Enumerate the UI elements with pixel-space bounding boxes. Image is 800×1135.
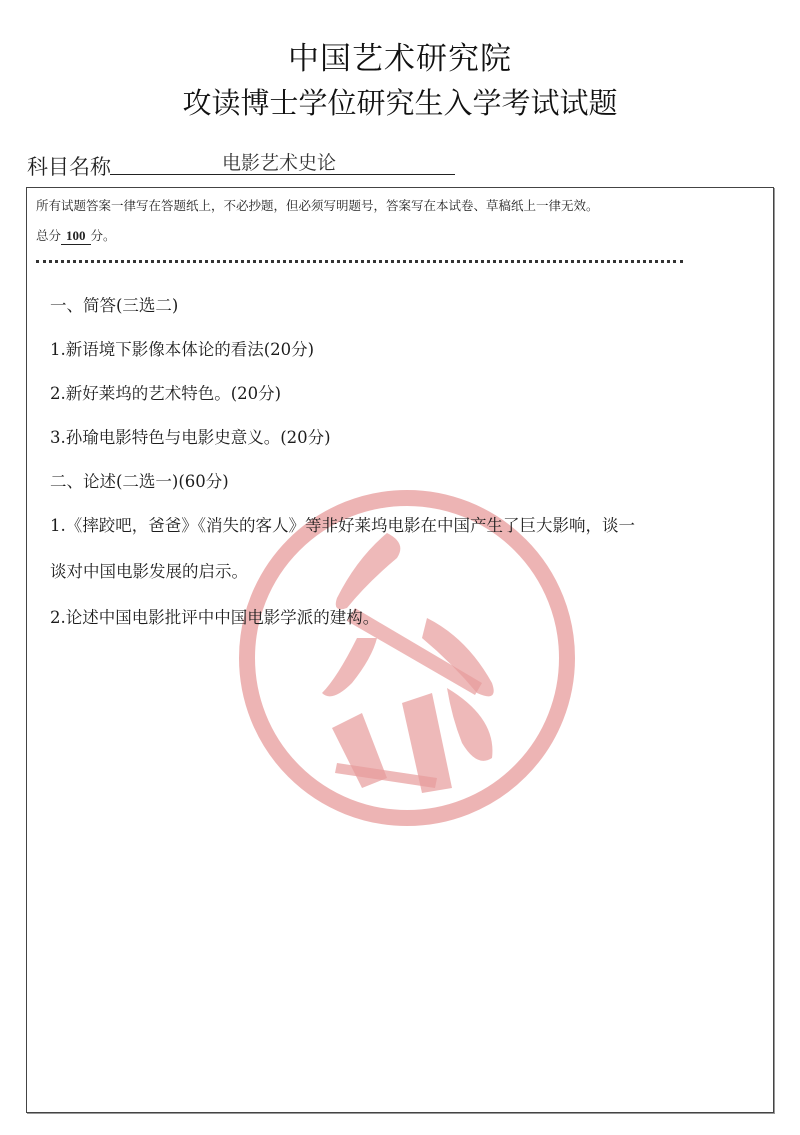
exam-title: 攻读博士学位研究生入学考试试题 (0, 81, 800, 122)
question-item-continued: 谈对中国电影发展的启示。 (50, 558, 248, 582)
exam-frame: 所有试题答案一律写在答题纸上，不必抄题，但必须写明题号，答案写在本试卷、草稿纸上… (26, 187, 774, 1113)
total-prefix: 总分 (36, 228, 61, 243)
subject-field: 电影艺术史论 (110, 148, 455, 175)
seal-watermark-icon (237, 488, 577, 828)
total-score: 100 (61, 228, 91, 245)
question-item: 2.论述中国电影批评中中国电影学派的建构。 (50, 604, 379, 628)
institution-title: 中国艺术研究院 (0, 33, 800, 78)
subject-value: 电影艺术史论 (222, 148, 336, 175)
question-item: 1.新语境下影像本体论的看法(20分) (50, 336, 314, 360)
total-score-line: 总分100分。 (36, 226, 116, 245)
subject-label: 科目名称 (27, 151, 111, 181)
question-item: 2.新好莱坞的艺术特色。(20分) (50, 380, 281, 404)
question-item: 3.孙瑜电影特色与电影史意义。(20分) (50, 424, 331, 448)
dotted-divider (36, 260, 683, 263)
section-heading: 一、简答(三选二) (50, 292, 178, 316)
question-item: 1.《摔跤吧，爸爸》《消失的客人》等非好莱坞电影在中国产生了巨大影响，谈一 (50, 512, 635, 536)
total-suffix: 分。 (91, 228, 116, 243)
instructions-notice: 所有试题答案一律写在答题纸上，不必抄题，但必须写明题号，答案写在本试卷、草稿纸上… (36, 196, 599, 214)
section-heading: 二、论述(二选一)(60分) (50, 468, 229, 492)
